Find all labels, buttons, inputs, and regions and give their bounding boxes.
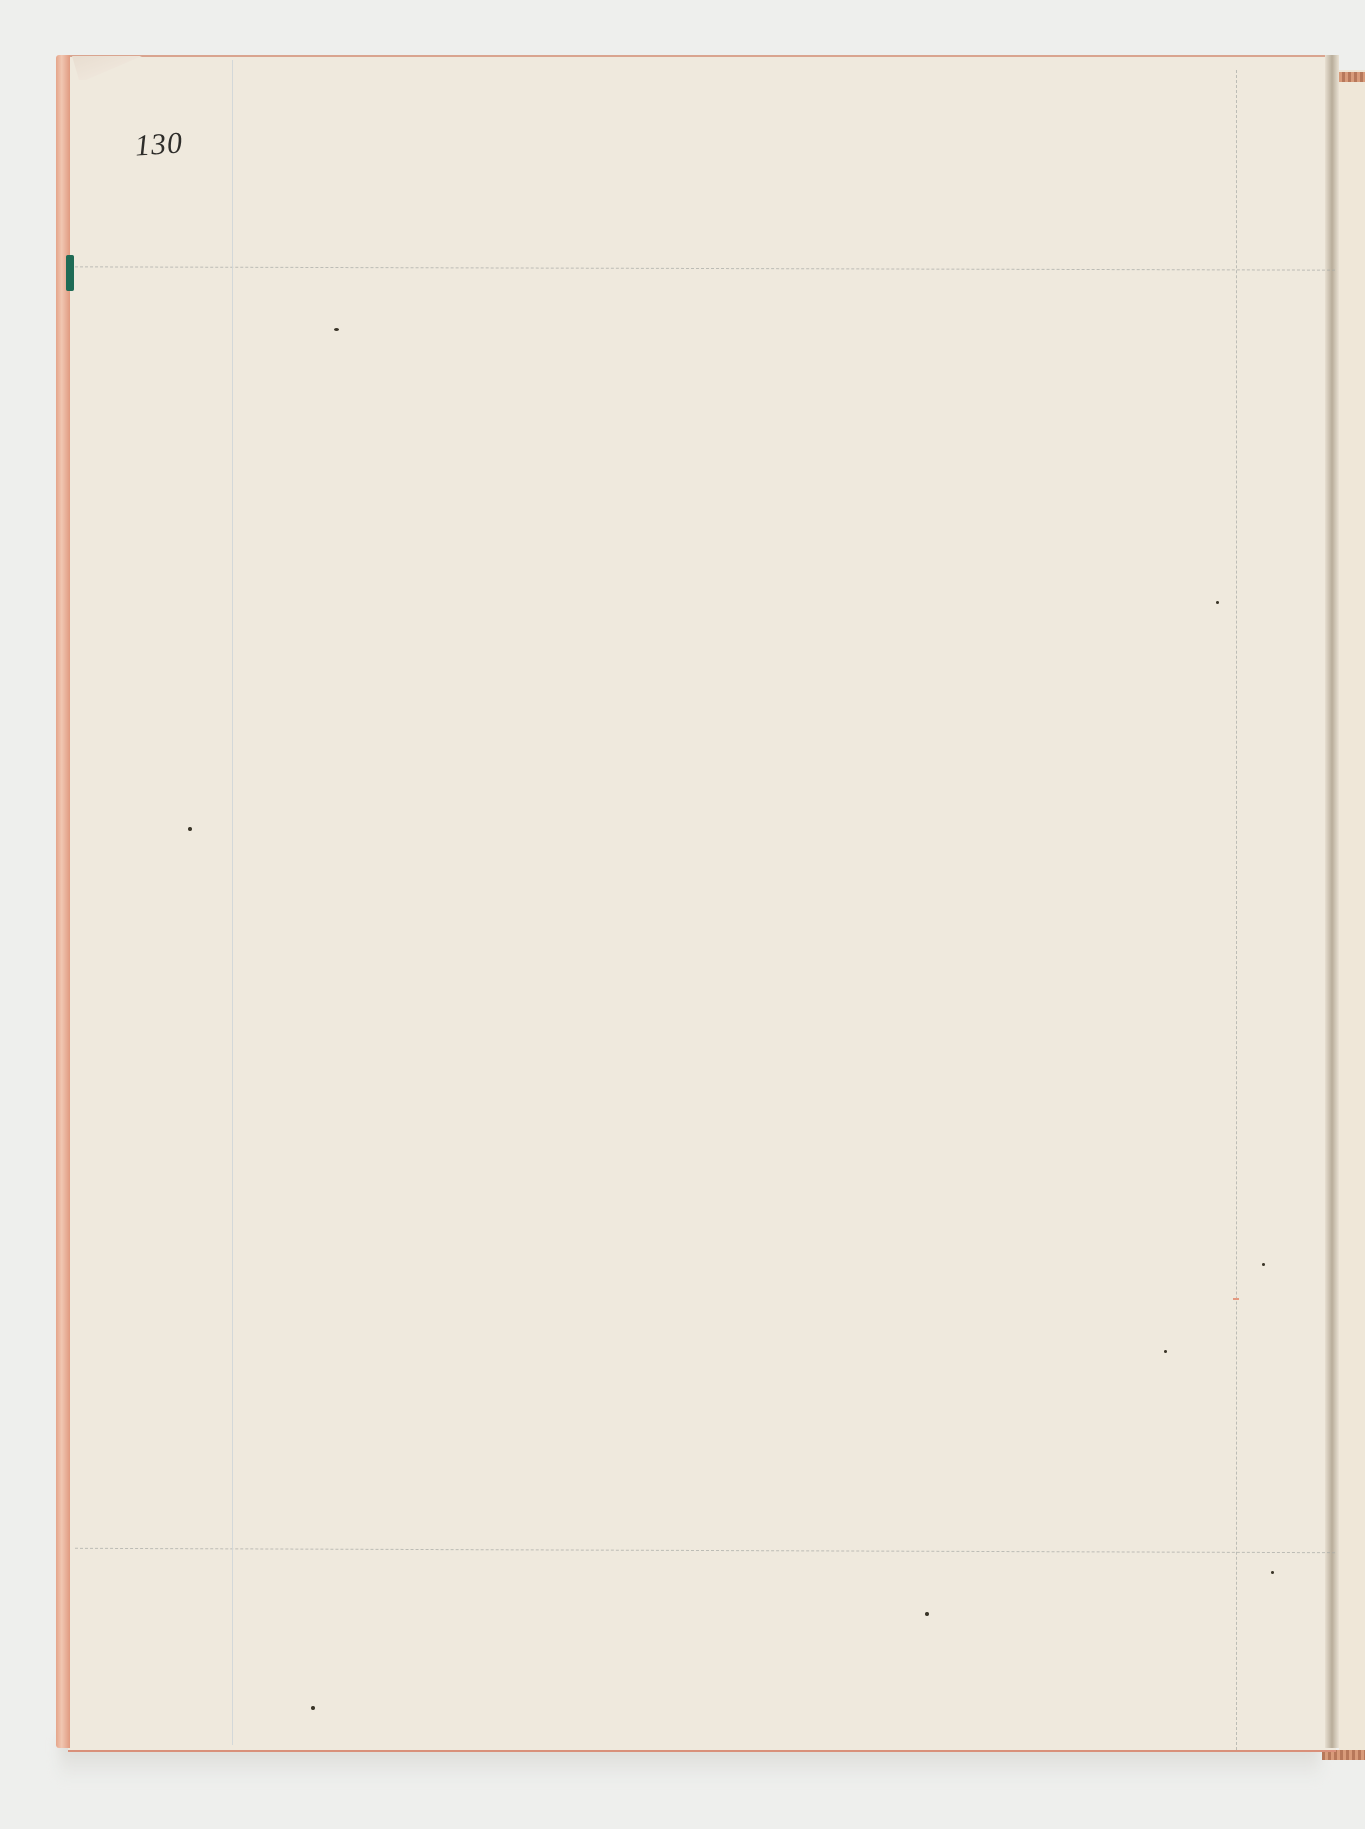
- facing-page-edge: [1339, 70, 1365, 1750]
- book-gutter: [1325, 55, 1339, 1748]
- ink-speck: [1164, 1350, 1167, 1353]
- page-number: 130: [134, 126, 184, 163]
- ledger-page: [68, 55, 1336, 1752]
- ink-speck: [334, 328, 339, 331]
- left-margin-line: [232, 60, 233, 1745]
- ink-speck: [1271, 1571, 1274, 1574]
- ink-speck: [1216, 601, 1219, 604]
- ink-speck: [188, 827, 192, 831]
- page-left-edge: [56, 55, 70, 1748]
- right-margin-line: [1236, 70, 1237, 1750]
- red-mark: [1233, 1298, 1239, 1300]
- ink-speck: [311, 1706, 315, 1710]
- ink-speck: [925, 1612, 929, 1616]
- ink-speck: [1262, 1263, 1265, 1266]
- green-tab-marker: [66, 255, 74, 291]
